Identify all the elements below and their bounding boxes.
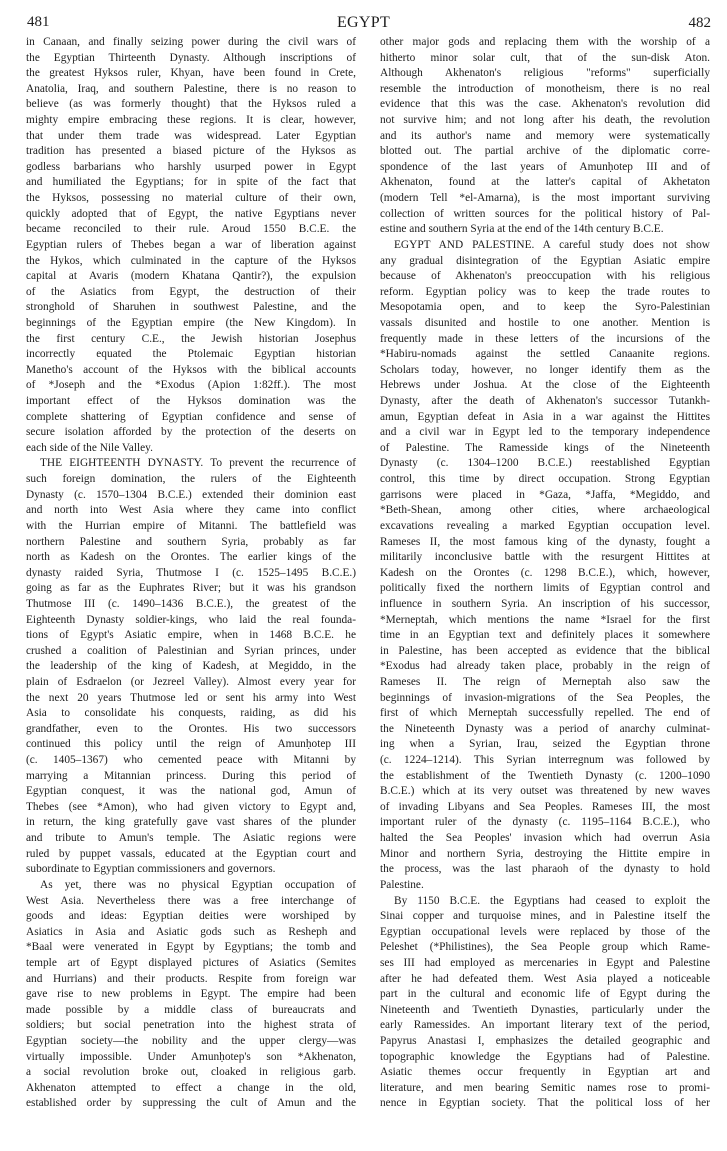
text-line: and Hurrians) and their products. Respit…: [26, 972, 356, 988]
text-line: capital at Avaris (modern Khatana Qantir…: [26, 269, 356, 285]
text-line: that under them trade was widespread. La…: [26, 129, 356, 145]
text-line: B.C.E.) which at its very outset was thr…: [380, 784, 710, 800]
text-line: goods and ideas: Egyptian deities were w…: [26, 909, 356, 925]
text-line: plain of Esdraelon (or Jezreel Valley). …: [26, 675, 356, 691]
text-line: reform. Egyptian policy was to keep the …: [380, 285, 710, 301]
text-line: any gradual disintegration of the Egypti…: [380, 254, 710, 270]
text-line: first of which Merneptah successfully re…: [380, 706, 710, 722]
text-line: north as Kadesh on the Orontes. The earl…: [26, 550, 356, 566]
text-line: soldiers; but social penetration into th…: [26, 1018, 356, 1034]
text-line: temple art of Egypt displayed pictures o…: [26, 956, 356, 972]
text-line: spondence of the last years of Amunḥotep…: [380, 160, 710, 176]
text-line: *Exodus had already taken place, probabl…: [380, 659, 710, 675]
text-line: important ruler of the dynasty (c. 1195–…: [380, 815, 710, 831]
text-line: and humiliated the Egyptians; for in spi…: [26, 175, 356, 191]
text-line: Egyptian rulers of Thebes began a war of…: [26, 238, 356, 254]
text-line: *Habiru-nomads against the settled Canaa…: [380, 347, 710, 363]
text-line: Palestine.: [380, 878, 710, 894]
text-line: ruled by puppet vassals, educated at the…: [26, 847, 356, 863]
text-line: (modern Tell *el-Amarna), is the most im…: [380, 191, 710, 207]
text-line: estine and southern Syria at the end of …: [380, 222, 710, 238]
text-line: Scholars today, however, no longer ident…: [380, 363, 710, 379]
text-line: ses III had employed as mercenaries in E…: [380, 956, 710, 972]
text-line: Egyptian occupational levels were replac…: [380, 925, 710, 941]
text-line: the next 20 years Thutmose led or sent h…: [26, 691, 356, 707]
text-line: established order by suppressing the cul…: [26, 1096, 356, 1112]
text-line: of the Asiatics from Egypt, the destruct…: [26, 285, 356, 301]
text-line: marrying a Mitannian princess. During th…: [26, 769, 356, 785]
text-line: important effect of the Hyksos dominatio…: [26, 394, 356, 410]
text-line: the Hykos, which culminated in the captu…: [26, 254, 356, 270]
text-line: hitherto minor solar cult, that of the s…: [380, 51, 710, 67]
text-line: vassals disunited and hostile to one ano…: [380, 316, 710, 332]
text-line: Asiatics in Asia and Asiatic gods such a…: [26, 925, 356, 941]
text-line: early Ramessides. An important literary …: [380, 1018, 710, 1034]
text-line: grandfather, even to the Orontes. His tw…: [26, 722, 356, 738]
text-line: a social revolution broke out, cloaked i…: [26, 1065, 356, 1081]
text-line: excavations revealing a marked Egyptian …: [380, 519, 710, 535]
text-line: the Hyksos, possessing no material cultu…: [26, 191, 356, 207]
text-line: became reconciled to their rule. Aroud 1…: [26, 222, 356, 238]
text-line: part in the cultural and economic life o…: [380, 987, 710, 1003]
text-line: Papyrus Anastasi I, emphasizes the detai…: [380, 1034, 710, 1050]
text-line: quickly adopted that of Egypt, the nativ…: [26, 207, 356, 223]
text-line: Hebrews under Joshua. At the close of th…: [380, 378, 710, 394]
text-line: dynasty raided Syria, Thutmose I (c. 152…: [26, 566, 356, 582]
text-line: Kadesh on the Orontes (c. 1298 B.C.E.), …: [380, 566, 710, 582]
text-line: Dynasty (c. 1570–1304 B.C.E.) extended t…: [26, 488, 356, 504]
text-line: As yet, there was no physical Egyptian o…: [26, 878, 356, 894]
text-line: Dynasty (c. 1304–1200 B.C.E.) reestablis…: [380, 456, 710, 472]
text-line: of invading Libyans and Sea Peoples. Ram…: [380, 800, 710, 816]
text-line: literature, and men bearing Semitic name…: [380, 1081, 710, 1097]
text-line: and north into West Asia where they came…: [26, 503, 356, 519]
text-line: Thutmose III (c. 1490–1436 B.C.E.), the …: [26, 597, 356, 613]
text-line: collection of written sources for the po…: [380, 207, 710, 223]
right-page-number: 482: [689, 15, 712, 32]
text-line: Sinai copper and turquoise mines, and in…: [380, 909, 710, 925]
text-line: blotted out. The partial archive of the …: [380, 144, 710, 160]
text-line: made possible by a middle class of burea…: [26, 1003, 356, 1019]
text-line: gave rise to new problems in Egypt. The …: [26, 987, 356, 1003]
text-line: Anatolia, Iraq, and southern Palestine, …: [26, 82, 356, 98]
right-text-column: other major gods and replacing them with…: [380, 35, 710, 1112]
text-line: amun, Egyptian defeat in Asia in a war a…: [380, 410, 710, 426]
text-line: beginnings of invasion-migrations of the…: [380, 691, 710, 707]
text-line: virtually impossible. Under Amunḥotep's …: [26, 1050, 356, 1066]
text-line: Asia to consolidate his conquests, raidi…: [26, 706, 356, 722]
text-line: topographic knowledge the Egyptians had …: [380, 1050, 710, 1066]
text-line: (c. 1405–1367) who cemented peace with M…: [26, 753, 356, 769]
text-line: of *Joseph and the *Exodus (Apion 1:82ff…: [26, 378, 356, 394]
text-line: incorrectly equated the Ptolemaic Egypti…: [26, 347, 356, 363]
text-line: West Asia. Nevertheless there was a free…: [26, 894, 356, 910]
text-line: Akhenaton, found at the latter's capital…: [380, 175, 710, 191]
text-line: Rameses II. The reign of Merneptah also …: [380, 675, 710, 691]
text-line: *Baal were venerated in Egypt by Egyptia…: [26, 940, 356, 956]
text-line: of Palestine. The Ramesside kings of the…: [380, 441, 710, 457]
text-line: ing when a Syrian, Irau, seized the Egyp…: [380, 737, 710, 753]
text-line: going as far as the Euphrates River; but…: [26, 581, 356, 597]
text-line: continued this policy until the reign of…: [26, 737, 356, 753]
text-line: with the Hurrian empire of Mitanni. The …: [26, 519, 356, 535]
text-line: militarily inconclusive battle with the …: [380, 550, 710, 566]
text-line: Egyptian society—the nobility and the up…: [26, 1034, 356, 1050]
text-line: other major gods and replacing them with…: [380, 35, 710, 51]
text-line: time in an Egyptian text and definitely …: [380, 628, 710, 644]
text-line: the Nineteenth Dynasty was a period of a…: [380, 722, 710, 738]
text-line: godless barbarians who harshly usurped p…: [26, 160, 356, 176]
text-line: stronghold of Sharuhen in southwest Pale…: [26, 300, 356, 316]
text-line: after he had defeated them. West Asia pl…: [380, 972, 710, 988]
text-line: the Egyptian Thirteenth Dynasty. Althoug…: [26, 51, 356, 67]
text-line: *Beth-Shean, among other cities, where a…: [380, 503, 710, 519]
text-line: Egyptian conquest, it was the national g…: [26, 784, 356, 800]
text-line: garrisons were placed in *Gaza, *Jaffa, …: [380, 488, 710, 504]
text-line: northern Palestine and southern Syria, p…: [26, 535, 356, 551]
text-line: Mesopotamia open, and to keep the Syro-P…: [380, 300, 710, 316]
text-line: in return, the king gratefully gave vast…: [26, 815, 356, 831]
text-line: crushed a coalition of Palestinian and S…: [26, 644, 356, 660]
text-line: Minor and northern Syria, destroying the…: [380, 847, 710, 863]
text-line: Akhenaton attempted to effect a change i…: [26, 1081, 356, 1097]
text-line: evidence that this was the case. Akhenat…: [380, 97, 710, 113]
text-line: such foreign domination, the rulers of t…: [26, 472, 356, 488]
text-line: control, this time by direct occupation.…: [380, 472, 710, 488]
text-line: Rameses II, the most famous king of the …: [380, 535, 710, 551]
text-line: halted the Sea Peoples' invasion which h…: [380, 831, 710, 847]
text-line: THE EIGHTEENTH DYNASTY. To prevent the r…: [26, 456, 356, 472]
text-line: Manetho's account of the Hyksos with the…: [26, 363, 356, 379]
text-line: By 1150 B.C.E. the Egyptians had ceased …: [380, 894, 710, 910]
left-text-column: in Canaan, and finally seizing power dur…: [26, 35, 356, 1112]
text-line: the first century C.E., the Jewish histo…: [26, 332, 356, 348]
text-line: subordinate to Egyptian commissioners an…: [26, 862, 356, 878]
text-line: EGYPT AND PALESTINE. A careful study doe…: [380, 238, 710, 254]
running-header: 481 EGYPT 482: [0, 14, 727, 36]
text-line: tradition has presented a biased picture…: [26, 144, 356, 160]
text-line: Although Akhenaton's religious "reforms"…: [380, 66, 710, 82]
text-line: because of Akhenaton's preoccupation wit…: [380, 269, 710, 285]
text-line: frequently made in these letters of the …: [380, 332, 710, 348]
text-line: in Palestine, has been accepted as evide…: [380, 644, 710, 660]
text-line: Nineteenth and Twentieth Dynasties, part…: [380, 1003, 710, 1019]
text-line: the leadership of the king of Kadesh, at…: [26, 659, 356, 675]
text-line: influence in southern Syria. An inscript…: [380, 597, 710, 613]
text-line: politically fixed the northern limits of…: [380, 581, 710, 597]
text-line: mighty empire embracing these regions. I…: [26, 113, 356, 129]
text-line: in Canaan, and finally seizing power dur…: [26, 35, 356, 51]
text-line: believe (as was formerly thought) that t…: [26, 97, 356, 113]
text-line: and its author's name and memory were sy…: [380, 129, 710, 145]
text-line: Peleshet (*Philistines), the Sea People …: [380, 940, 710, 956]
text-line: tions of Egypt's Asiatic empire, when in…: [26, 628, 356, 644]
text-line: the establishment of the Twentieth Dynas…: [380, 769, 710, 785]
text-line: nence in Egyptian society. That the poli…: [380, 1096, 710, 1112]
text-line: *Merneptah, which mentions the name *Isr…: [380, 613, 710, 629]
text-line: Thebes (see *Amon), who had given victor…: [26, 800, 356, 816]
text-line: and tribute to Amun's temple. The Asiati…: [26, 831, 356, 847]
text-line: (c. 1224–1214). This Syrian interregnum …: [380, 753, 710, 769]
text-line: and a civil war in Egypt led to the temp…: [380, 425, 710, 441]
text-line: Dynasty, after the death of Akhenaton's …: [380, 394, 710, 410]
text-line: the greatest Hyksos ruler, Khyan, have b…: [26, 66, 356, 82]
text-line: Eighteenth Dynasty soldier-kings, who la…: [26, 613, 356, 629]
text-line: complete shattering of Egyptian confiden…: [26, 410, 356, 426]
text-line: the process, was the last pharaoh of the…: [380, 862, 710, 878]
text-line: Asiatic themes occur frequently in Egypt…: [380, 1065, 710, 1081]
text-line: not survive him; and not long after his …: [380, 113, 710, 129]
text-line: beginnings of the Egyptian empire (the N…: [26, 316, 356, 332]
text-line: resemble the introduction of monotheism,…: [380, 82, 710, 98]
running-title: EGYPT: [0, 14, 727, 32]
text-line: each side of the Nile Valley.: [26, 441, 356, 457]
text-line: secure isolation afforded by the protect…: [26, 425, 356, 441]
